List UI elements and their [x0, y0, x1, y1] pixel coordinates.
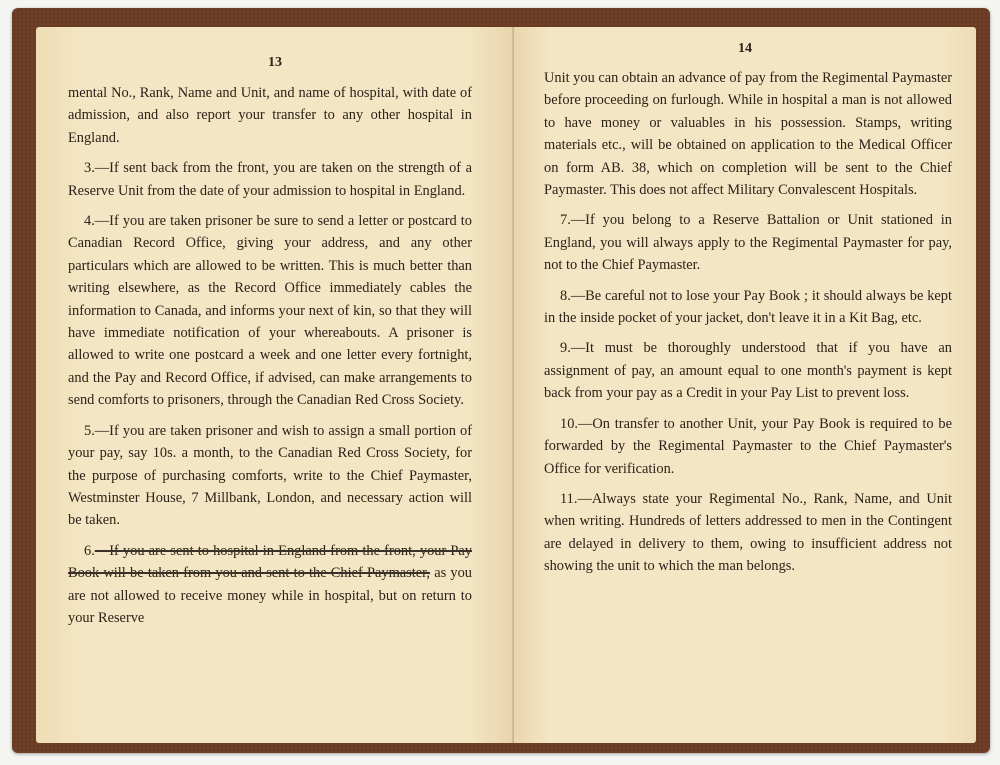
right-page: 14 Unit you can obtain an advance of pay…	[514, 27, 976, 743]
page-text: mental No., Rank, Name and Unit, and nam…	[68, 82, 472, 637]
paragraph-number: 6.	[84, 543, 95, 559]
page-number: 13	[36, 55, 514, 71]
paragraph-4: 4.—If you are taken prisoner be sure to …	[68, 210, 472, 412]
paragraph: mental No., Rank, Name and Unit, and nam…	[68, 82, 472, 149]
paragraph-9: 9.—It must be thoroughly understood that…	[544, 337, 952, 404]
paragraph-11: 11.—Always state your Regimental No., Ra…	[544, 488, 952, 578]
paragraph-8: 8.—Be careful not to lose your Pay Book …	[544, 285, 952, 330]
paragraph-10: 10.—On transfer to another Unit, your Pa…	[544, 413, 952, 480]
paragraph-7: 7.—If you belong to a Reserve Battalion …	[544, 209, 952, 276]
paragraph-6: 6.—If you are sent to hospital in Englan…	[68, 540, 472, 630]
paragraph: Unit you can obtain an advance of pay fr…	[544, 67, 952, 201]
page-text: Unit you can obtain an advance of pay fr…	[544, 67, 952, 586]
left-page: 13 mental No., Rank, Name and Unit, and …	[36, 27, 514, 743]
page-number: 14	[514, 41, 976, 57]
paragraph-3: 3.—If sent back from the front, you are …	[68, 157, 472, 202]
paragraph-5: 5.—If you are taken prisoner and wish to…	[68, 420, 472, 532]
struck-out-text: —If you are sent to hospital in England …	[68, 543, 472, 581]
